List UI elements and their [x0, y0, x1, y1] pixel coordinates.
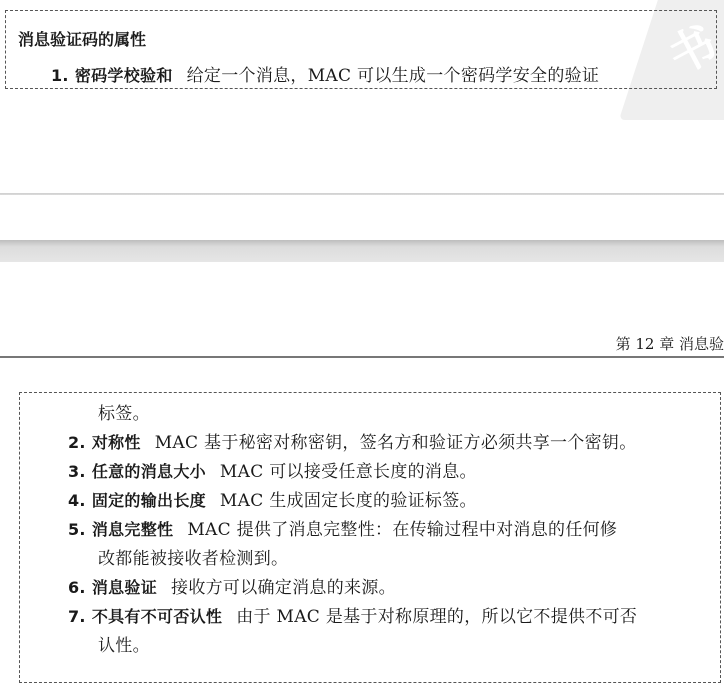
item-5-continuation: 改都能被接收者检测到。	[98, 544, 288, 569]
item-term: 对称性	[92, 433, 141, 452]
properties-box-top: 消息验证码的属性 1.密码学校验和给定一个消息，MAC 可以生成一个密码学安全的…	[5, 10, 717, 89]
item-term: 密码学校验和	[75, 66, 173, 85]
running-header: 第 12 章 消息验	[616, 333, 724, 354]
item-number: 7.	[68, 607, 86, 626]
page-gutter	[0, 240, 724, 262]
list-item-3: 3.任意的消息大小MAC 可以接受任意长度的消息。	[68, 457, 477, 482]
list-item-7: 7.不具有不可否认性由于 MAC 是基于对称原理的，所以它不提供不可否	[68, 602, 637, 627]
list-item-1: 1.密码学校验和给定一个消息，MAC 可以生成一个密码学安全的验证	[51, 61, 599, 86]
item-text: 给定一个消息，MAC 可以生成一个密码学安全的验证	[187, 66, 600, 86]
item-number: 3.	[68, 462, 86, 481]
box-title: 消息验证码的属性	[18, 27, 146, 50]
item-text: MAC 生成固定长度的验证标签。	[220, 491, 477, 511]
item-text: MAC 提供了消息完整性：在传输过程中对消息的任何修	[187, 520, 617, 540]
item-term: 消息验证	[92, 578, 157, 597]
item-text: MAC 可以接受任意长度的消息。	[220, 462, 477, 482]
page-bottom-rule	[0, 193, 724, 195]
list-item-4: 4.固定的输出长度MAC 生成固定长度的验证标签。	[68, 486, 477, 511]
item-number: 4.	[68, 491, 86, 510]
item-7-continuation: 认性。	[98, 631, 150, 656]
list-item-2: 2.对称性MAC 基于秘密对称密钥，签名方和验证方必须共享一个密钥。	[68, 428, 637, 453]
item-text: 由于 MAC 是基于对称原理的，所以它不提供不可否	[236, 607, 637, 627]
item-number: 2.	[68, 433, 86, 452]
item-term: 固定的输出长度	[92, 491, 206, 510]
item-1-continuation: 标签。	[98, 399, 150, 424]
item-number: 5.	[68, 520, 86, 539]
item-term: 不具有不可否认性	[92, 607, 222, 626]
header-rule	[0, 356, 724, 358]
item-term: 任意的消息大小	[92, 462, 206, 481]
list-item-5: 5.消息完整性MAC 提供了消息完整性：在传输过程中对消息的任何修	[68, 515, 617, 540]
item-text: MAC 基于秘密对称密钥，签名方和验证方必须共享一个密钥。	[155, 433, 637, 453]
item-text: 接收方可以确定消息的来源。	[171, 578, 396, 598]
properties-box-bottom: 标签。 2.对称性MAC 基于秘密对称密钥，签名方和验证方必须共享一个密钥。 3…	[19, 392, 721, 683]
item-number: 1.	[51, 66, 69, 85]
list-item-6: 6.消息验证接收方可以确定消息的来源。	[68, 573, 396, 598]
item-number: 6.	[68, 578, 86, 597]
item-term: 消息完整性	[92, 520, 174, 539]
